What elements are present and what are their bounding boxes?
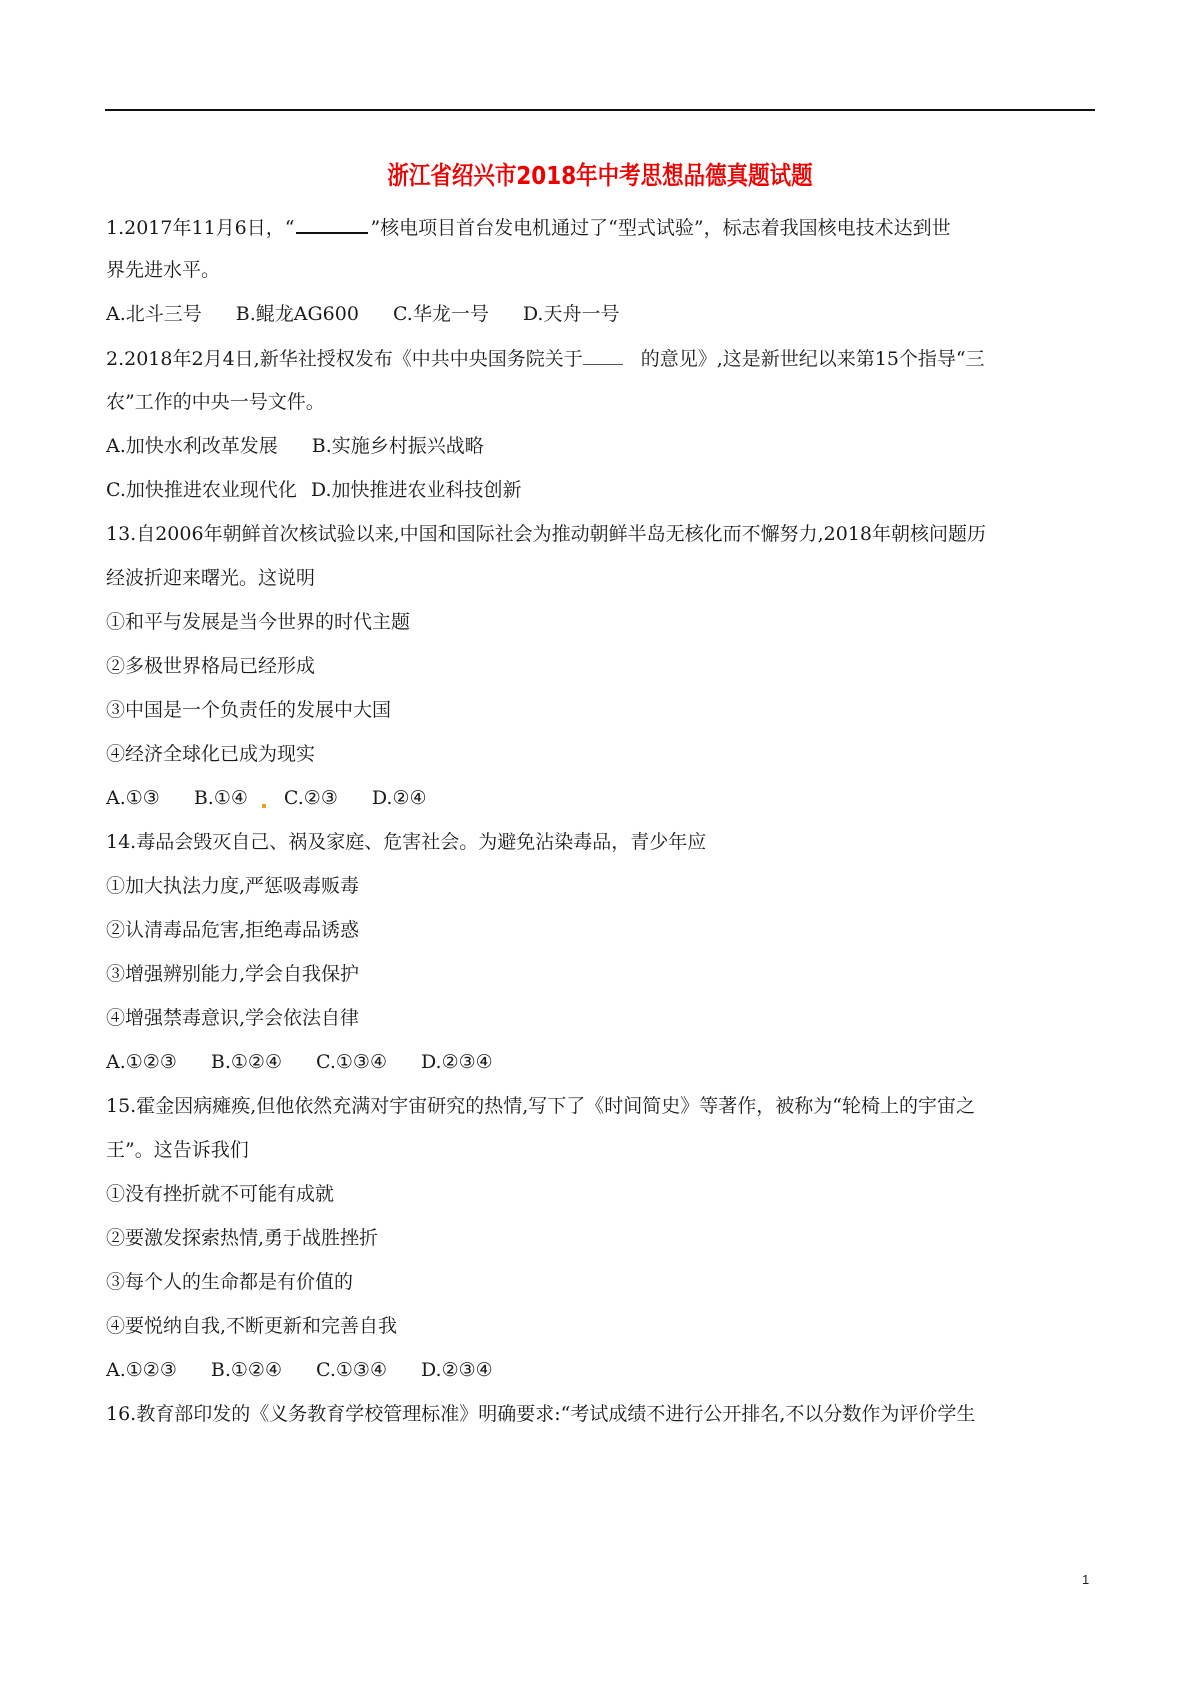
question-14-option-c: C.①③④ xyxy=(316,1050,387,1074)
question-1-options: A.北斗三号B.鲲龙AG600C.华龙一号D.天舟一号 xyxy=(106,302,653,326)
question-13-stem-line1: 13.自2006年朝鲜首次核试验以来,中国和国际社会为推动朝鲜半岛无核化而不懈努… xyxy=(106,522,986,546)
question-2-options-row1: A.加快水利改革发展B.实施乡村振兴战略 xyxy=(106,434,518,458)
question-1-option-c: C.华龙一号 xyxy=(393,302,489,326)
question-13-statement-3: ③中国是一个负责任的发展中大国 xyxy=(106,698,391,722)
question-14-statement-2: ②认清毒品危害,拒绝毒品诱惑 xyxy=(106,918,359,942)
header-rule xyxy=(105,109,1095,111)
question-16-stem-line1: 16.教育部印发的《义务教育学校管理标准》明确要求:“考试成绩不进行公开排名,不… xyxy=(106,1402,975,1426)
question-2-stem-part2: 的意见》,这是新世纪以来第15个指导“三 xyxy=(641,348,985,370)
question-13-option-c: C.②③ xyxy=(284,786,338,810)
question-2-option-d: D.加快推进农业科技创新 xyxy=(311,478,522,502)
question-14-statement-1: ①加大执法力度,严惩吸毒贩毒 xyxy=(106,874,359,898)
question-15-statement-1: ①没有挫折就不可能有成就 xyxy=(106,1182,334,1206)
question-13-options: A.①③B.①④C.②③D.②④ xyxy=(106,786,461,810)
question-15-stem-line2: 王”。这告诉我们 xyxy=(106,1138,249,1162)
page-number: 1 xyxy=(1082,1572,1089,1587)
question-13-statement-4: ④经济全球化已成为现实 xyxy=(106,742,315,766)
question-13-statement-2: ②多极世界格局已经形成 xyxy=(106,654,315,678)
question-13-stem-line2: 经波折迎来曙光。这说明 xyxy=(106,566,315,590)
question-1-stem-part2: ”核电项目首台发电机通过了“型式试验”，标志着我国核电技术达到世 xyxy=(370,217,950,239)
question-15-statement-2: ②要激发探索热情,勇于战胜挫折 xyxy=(106,1226,378,1250)
question-14-stem-line1: 14.毒品会毁灭自己、祸及家庭、危害社会。为避免沾染毒品，青少年应 xyxy=(106,830,706,854)
document-page: 浙江省绍兴市2018年中考思想品德真题试题 1.2017年11月6日，“”核电项… xyxy=(0,0,1200,1698)
question-13-option-d: D.②④ xyxy=(372,786,427,810)
question-14-option-a: A.①②③ xyxy=(106,1050,177,1074)
question-14-statement-3: ③增强辨别能力,学会自我保护 xyxy=(106,962,359,986)
question-1-stem-line1: 1.2017年11月6日，“”核电项目首台发电机通过了“型式试验”，标志着我国核… xyxy=(106,214,951,240)
question-14-statement-4: ④增强禁毒意识,学会依法自律 xyxy=(106,1006,359,1030)
question-1-stem-line2: 界先进水平。 xyxy=(106,258,220,282)
question-13-option-a: A.①③ xyxy=(106,786,160,810)
question-2-stem-line1: 2.2018年2月4日,新华社授权发布《中共中央国务院关于的意见》,这是新世纪以… xyxy=(106,346,985,371)
question-15-option-c: C.①③④ xyxy=(316,1358,387,1382)
question-15-option-a: A.①②③ xyxy=(106,1358,177,1382)
question-15-statement-3: ③每个人的生命都是有价值的 xyxy=(106,1270,353,1294)
question-2-option-b: B.实施乡村振兴战略 xyxy=(312,434,484,458)
question-14-options: A.①②③B.①②④C.①③④D.②③④ xyxy=(106,1050,527,1074)
question-1-option-b: B.鲲龙AG600 xyxy=(236,302,359,326)
question-1-blank xyxy=(296,214,368,234)
question-14-option-d: D.②③④ xyxy=(421,1050,493,1074)
question-2-stem-line2: 农”工作的中央一号文件。 xyxy=(106,390,325,414)
question-1-option-a: A.北斗三号 xyxy=(106,302,202,326)
question-15-option-d: D.②③④ xyxy=(421,1358,493,1382)
question-2-blank xyxy=(583,346,623,365)
question-2-stem-part1: 2.2018年2月4日,新华社授权发布《中共中央国务院关于 xyxy=(106,348,583,370)
question-15-option-b: B.①②④ xyxy=(211,1358,282,1382)
question-1-option-d: D.天舟一号 xyxy=(523,302,620,326)
question-13-statement-1: ①和平与发展是当今世界的时代主题 xyxy=(106,610,410,634)
question-2-options-row2: C.加快推进农业现代化D.加快推进农业科技创新 xyxy=(106,478,536,502)
question-13-option-b: B.①④ xyxy=(194,787,248,809)
question-1-stem-part1: 1.2017年11月6日，“ xyxy=(106,217,294,239)
annotation-mark xyxy=(262,804,266,808)
question-2-option-a: A.加快水利改革发展 xyxy=(106,434,278,458)
question-15-stem-line1: 15.霍金因病瘫痪,但他依然充满对宇宙研究的热情,写下了《时间简史》等著作，被称… xyxy=(106,1094,975,1118)
question-2-option-c: C.加快推进农业现代化 xyxy=(106,478,297,502)
question-14-option-b: B.①②④ xyxy=(211,1050,282,1074)
question-15-options: A.①②③B.①②④C.①③④D.②③④ xyxy=(106,1358,527,1382)
document-title: 浙江省绍兴市2018年中考思想品德真题试题 xyxy=(84,156,1116,192)
question-15-statement-4: ④要悦纳自我,不断更新和完善自我 xyxy=(106,1314,397,1338)
